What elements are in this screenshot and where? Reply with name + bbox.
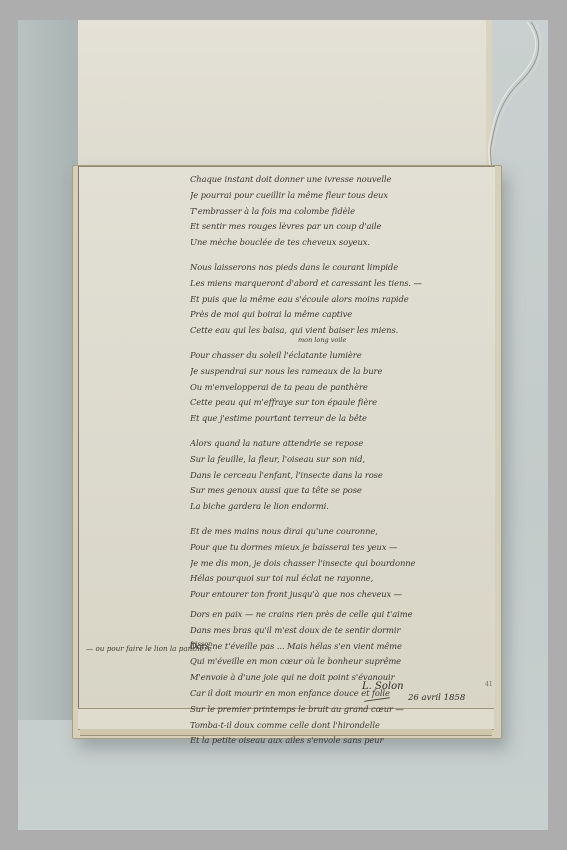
poem-line: Et sentir mes rouges lèvres par un coup … [190, 219, 430, 235]
poem-line: Les miens marqueront d'abord et caressan… [190, 276, 430, 292]
poem-line: Je pourrai pour cueillir la même fleur t… [190, 188, 430, 204]
poem-line: Je suspendrai sur nous les rameaux de la… [190, 364, 430, 380]
poem-line: Dors en paix — ne crains rien près de ce… [190, 607, 430, 623]
poem-line: Pour entourer ton front jusqu'à que nos … [190, 587, 430, 603]
margin-note: — ou pour faire le lion la panthère [86, 644, 212, 653]
poem-line: Dans le cerceau l'enfant, l'insecte dans… [190, 468, 430, 484]
poem-line: Et puis que la même eau s'écoule alors m… [190, 292, 430, 308]
poem-line: Alors quand la nature attendrie se repos… [190, 436, 430, 452]
date: 26 avril 1858 [408, 693, 465, 703]
poem-text: Chaque instant doit donner une ivresse n… [190, 172, 430, 749]
poem-line: Sur le premier printemps le bruit au gra… [190, 702, 430, 718]
signature: L. Solon [362, 681, 404, 692]
poem-line: Tomba-t-il doux comme celle dont l'hiron… [190, 718, 430, 734]
poem-line: Pour que tu dormes mieux je baisserai te… [190, 540, 430, 556]
poem-line: Dors ne t'éveille pas ... Mais hélas s'e… [190, 639, 430, 655]
poem-line: Et la petite oiseau aux ailes s'envole s… [190, 733, 430, 749]
poem-line: T'embrasser à la fois ma colombe fidèle [190, 204, 430, 220]
poem-line: Chaque instant doit donner une ivresse n… [190, 172, 430, 188]
poem-line: Dans mes bras qu'il m'est doux de te sen… [190, 623, 430, 639]
poem-line: Sur mes genoux aussi que ta tête se pose [190, 483, 430, 499]
poem-line: Ou m'envelopperai de ta peau de panthère [190, 380, 430, 396]
poem-line: Une mèche bouclée de tes cheveux soyeux. [190, 235, 430, 251]
poem-line: Et que j'estime pourtant terreur de la b… [190, 411, 430, 427]
poem-line: Je me dis mon, je dois chasser l'insecte… [190, 556, 430, 572]
interlinear-correction: mon long voile [298, 336, 346, 344]
facing-page-top [78, 20, 489, 166]
poem-line: Nous laisserons nos pieds dans le couran… [190, 260, 430, 276]
poem-line: Pour chasser du soleil l'éclatante lumiè… [190, 348, 430, 364]
poem-line: Sur la feuille, la fleur, l'oiseau sur s… [190, 452, 430, 468]
poem-line: Cette peau qui m'effraye sur ton épaule … [190, 395, 430, 411]
poem-line: La biche gardera le lion endormi. [190, 499, 430, 515]
left-shadow [18, 20, 78, 720]
poem-line: Et de mes mains nous dirai qu'une couron… [190, 524, 430, 540]
poem-line: Qui m'éveille en mon cœur où le bonheur … [190, 654, 430, 670]
folio-mark: 41 [485, 681, 493, 688]
poem-line: Hélas pourquoi sur toi nul éclat ne rayo… [190, 571, 430, 587]
poem-line: Près de moi qui boirai la même captive [190, 307, 430, 323]
